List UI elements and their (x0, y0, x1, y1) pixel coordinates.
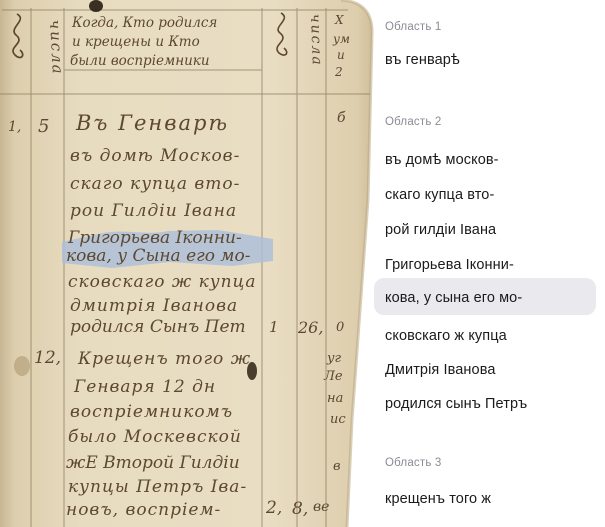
transcription-line[interactable]: сковскаго ж купца (385, 328, 507, 344)
entry-day: 5 (38, 116, 49, 137)
handwriting-line: сковскаго ж купца (68, 272, 257, 292)
handwriting-line: Въ Генварѣ (75, 111, 229, 135)
handwriting-line: купцы Петръ Іва- (68, 477, 247, 497)
handwriting-line-selected: кова, у Сына его мо- (66, 246, 251, 266)
handwriting-line: родился Сынъ Пет (70, 317, 246, 337)
manuscript-header-line: были воспріемники (70, 53, 210, 69)
handwriting-line: скаго купца вто- (70, 174, 240, 194)
region-label-2: Область 2 (385, 116, 442, 128)
edge-fragment: б (337, 110, 346, 126)
handwriting-line: жЕ Второй Гилдіи (66, 453, 240, 473)
corner-fragment: 2 (334, 65, 343, 79)
handwriting-line: новъ, воспріем- (66, 500, 221, 520)
transcription-panel: Область 1 въ генварѣ Область 2 въ домѣ м… (385, 0, 605, 527)
tally-number: 26, (297, 318, 323, 337)
tally-number: 2, (265, 498, 282, 518)
handwriting-line: Крещенъ того ж (77, 349, 251, 369)
corner-fragment: Х (334, 13, 344, 27)
handwriting-line: было Москевской (68, 427, 242, 447)
corner-fragment: ум (332, 32, 350, 46)
transcription-line[interactable]: крещенъ того ж (385, 491, 491, 507)
edge-fragment: ис (330, 412, 346, 427)
manuscript-header-line: Когда, Кто родился (71, 15, 217, 31)
corner-fragment: и (337, 48, 345, 62)
transcription-line[interactable]: Дмитрія Іванова (385, 362, 496, 378)
edge-fragment: Ле (323, 369, 343, 384)
transcription-line[interactable]: въ генварѣ (385, 52, 460, 68)
manuscript-svg: Когда, Кто родился и крещены и Кто были … (0, 0, 377, 527)
manuscript-scan[interactable]: Когда, Кто родился и крещены и Кто были … (0, 0, 377, 527)
edge-fragment: ве (313, 499, 329, 515)
region-label-3: Область 3 (385, 457, 442, 469)
day-column-label: числа (46, 19, 67, 76)
entry-number: 1, (8, 119, 21, 135)
tally-number: 1 (269, 318, 279, 336)
handwriting-line: Генваря 12 дн (73, 377, 216, 397)
entry-day: 12, (34, 348, 61, 368)
transcription-line[interactable]: скаго купца вто- (385, 187, 494, 203)
handwriting-line: въ домѣ Москов- (70, 146, 240, 166)
edge-fragment: 0 (336, 320, 344, 335)
transcription-line-selected[interactable]: кова, у сына его мо- (385, 290, 522, 306)
handwriting-line: дмитрія Іванова (70, 296, 238, 316)
edge-fragment: в (333, 459, 341, 474)
transcription-line[interactable]: родился сынъ Петръ (385, 396, 527, 412)
tally-number: 8, (292, 499, 308, 519)
day-column-label: числа (307, 14, 325, 67)
edge-fragment: уг (326, 351, 342, 366)
handwriting-line: Григорьева Іконни- (67, 228, 242, 248)
edge-fragment: на (327, 391, 343, 406)
transcription-line[interactable]: рой гилдіи Івана (385, 222, 496, 238)
region-label-1: Область 1 (385, 21, 442, 33)
handwriting-line: воспріемникомъ (70, 402, 233, 422)
app-root: Когда, Кто родился и крещены и Кто были … (0, 0, 605, 527)
manuscript-header-line: и крещены и Кто (72, 34, 200, 50)
transcription-line[interactable]: Григорьева Іконни- (385, 257, 514, 273)
handwriting-line: рои Гилдіи Івана (70, 201, 237, 221)
transcription-line[interactable]: въ домѣ москов- (385, 152, 499, 168)
